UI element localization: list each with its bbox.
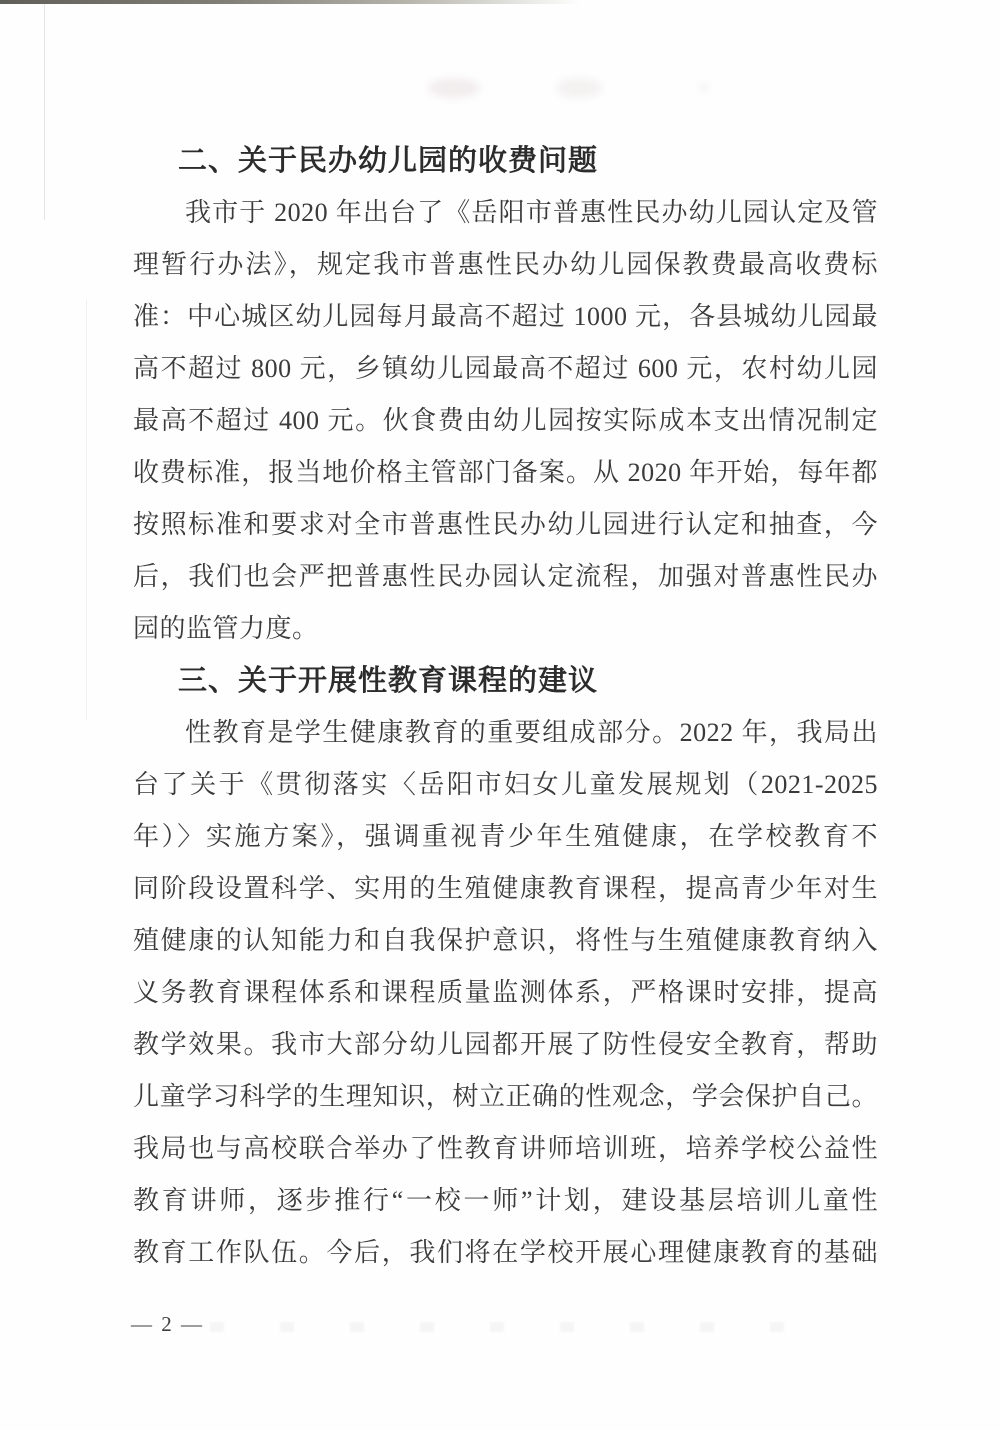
- paragraph-line: 义务教育课程体系和课程质量监测体系，严格课时安排，提高: [133, 967, 878, 1019]
- scan-edge-artifact: [0, 0, 580, 4]
- paragraph-line: 性教育是学生健康教育的重要组成部分。2022 年，我局出: [133, 707, 878, 759]
- paragraph-line: 年）〉实施方案》，强调重视青少年生殖健康，在学校教育不: [133, 811, 878, 863]
- paragraph-line: 教学效果。我市大部分幼儿园都开展了防性侵安全教育，帮助: [133, 1019, 878, 1071]
- paragraph-line: 教育工作队伍。今后，我们将在学校开展心理健康教育的基础: [133, 1227, 878, 1279]
- paragraph-line: 后，我们也会严把普惠性民办园认定流程，加强对普惠性民办: [133, 551, 878, 603]
- paragraph-line: 同阶段设置科学、实用的生殖健康教育课程，提高青少年对生: [133, 863, 878, 915]
- paragraph-line: 殖健康的认知能力和自我保护意识，将性与生殖健康教育纳入: [133, 915, 878, 967]
- section-heading-private-kindergarten-fees: 二、关于民办幼儿园的收费问题: [133, 135, 878, 187]
- paragraph-line: 最高不超过 400 元。伙食费由幼儿园按实际成本支出情况制定: [133, 395, 878, 447]
- paragraph-line: 我局也与高校联合举办了性教育讲师培训班，培养学校公益性: [133, 1123, 878, 1175]
- paragraph-line: 收费标准，报当地价格主管部门备案。从 2020 年开始，每年都: [133, 447, 878, 499]
- scan-smudge-artifact: [556, 78, 602, 98]
- scan-smudge-artifact: [700, 84, 708, 90]
- paragraph-line: 高不超过 800 元，乡镇幼儿园最高不超过 600 元，农村幼儿园: [133, 343, 878, 395]
- scan-vertical-line-artifact: [86, 300, 87, 720]
- document-body: 二、关于民办幼儿园的收费问题 我市于 2020 年出台了《岳阳市普惠性民办幼儿园…: [133, 135, 878, 1279]
- paragraph-line: 理暂行办法》，规定我市普惠性民办幼儿园保教费最高收费标: [133, 239, 878, 291]
- paragraph-line: 园的监管力度。: [133, 603, 878, 655]
- scan-smudge-artifact: [428, 78, 480, 98]
- paragraph-line: 台了关于《贯彻落实〈岳阳市妇女儿童发展规划（2021-2025: [133, 759, 878, 811]
- section-heading-sex-education-courses: 三、关于开展性教育课程的建议: [133, 655, 878, 707]
- paragraph-line: 准：中心城区幼儿园每月最高不超过 1000 元，各县城幼儿园最: [133, 291, 878, 343]
- paragraph-line: 我市于 2020 年出台了《岳阳市普惠性民办幼儿园认定及管: [133, 187, 878, 239]
- paragraph-line: 教育讲师，逐步推行“一校一师”计划，建设基层培训儿童性: [133, 1175, 878, 1227]
- scan-noise-artifact: [210, 1322, 830, 1332]
- paragraph-line: 儿童学习科学的生理知识，树立正确的性观念，学会保护自己。: [133, 1071, 878, 1123]
- scan-vertical-line-artifact: [44, 0, 45, 220]
- page-number: — 2 —: [131, 1312, 204, 1337]
- paragraph-line: 按照标准和要求对全市普惠性民办幼儿园进行认定和抽查，今: [133, 499, 878, 551]
- scanned-document-page: 二、关于民办幼儿园的收费问题 我市于 2020 年出台了《岳阳市普惠性民办幼儿园…: [0, 0, 1000, 1430]
